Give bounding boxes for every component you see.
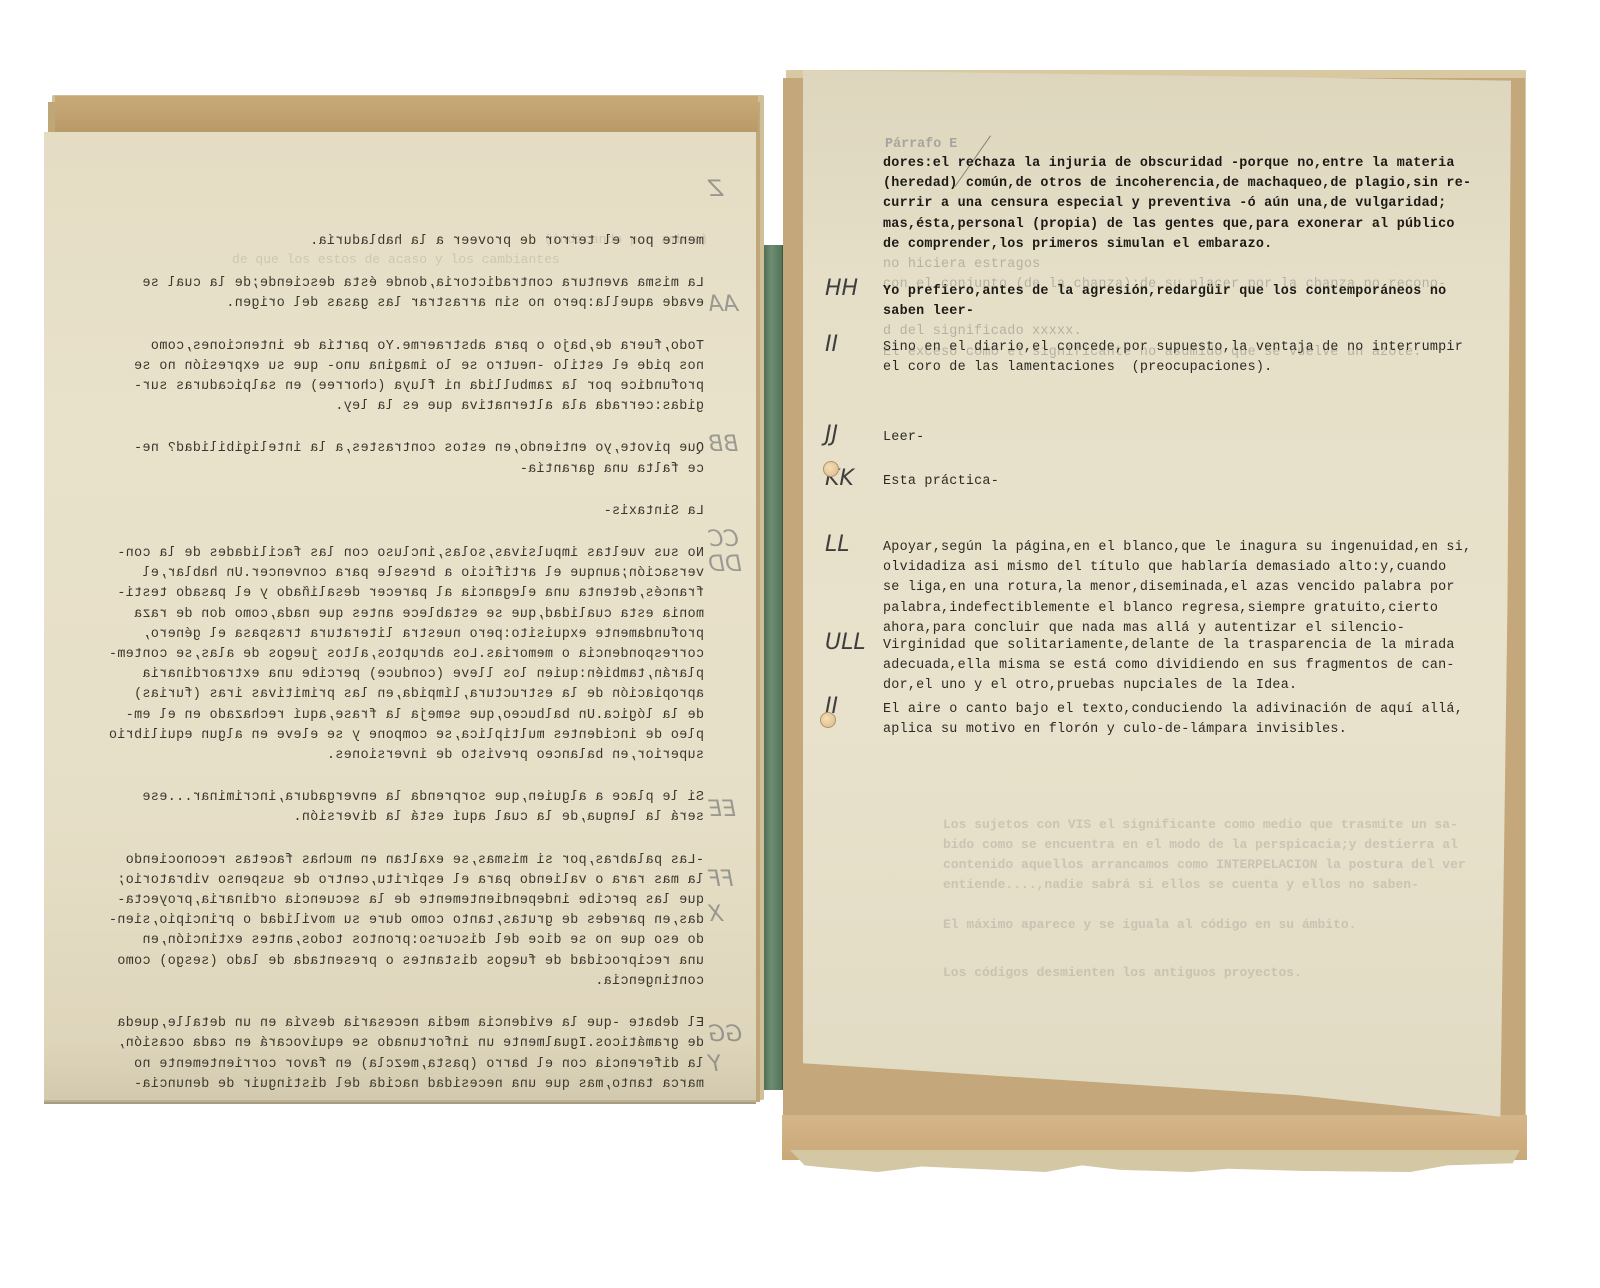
margin-mark: JJ — [825, 422, 838, 447]
text-line: do eso que no se dice del discurso:pront… — [144, 931, 704, 951]
text-line: monia esta cualidad,que se establece ant… — [144, 605, 704, 625]
text-line: currir a una censura especial y preventi… — [883, 194, 1471, 214]
margin-mark: CC — [708, 527, 739, 552]
right-stack-ragged-edge — [790, 1150, 1520, 1172]
paragraph: Que pivote,yo entiendo,en estos contrast… — [144, 439, 704, 479]
text-line: contingencia. — [144, 972, 704, 992]
text-line: Esta práctica- — [883, 472, 999, 492]
text-line: saben leer- — [883, 302, 1446, 322]
paragraph: Apoyar,según la página,en el blanco,que … — [883, 538, 1471, 639]
text-line: superior,en balanceo previsto de inversi… — [144, 746, 704, 766]
paragraph: -Las palabras,por si mismas,se exaltan e… — [144, 851, 704, 992]
text-line: Leer- — [883, 428, 924, 448]
left-stack-top-edge — [55, 96, 758, 132]
text-line: se liga,en una rotura,la menor,diseminad… — [883, 578, 1471, 598]
paragraph: El debate -que la evidencia media necesa… — [144, 1014, 704, 1095]
text-line: apropiación de la estructura,límpida,en … — [144, 685, 704, 705]
margin-mark: GG — [708, 1022, 742, 1047]
text-line: será la lengua,de la cual aquí está la d… — [144, 808, 704, 828]
left-margin-marks: ZAABBCCDDEEFFXGGY — [704, 132, 764, 1100]
text-line: la mas rara o valiendo para el espíritu,… — [144, 871, 704, 891]
text-line: La misma aventura contradictoria,donde é… — [144, 274, 704, 294]
text-line: Virginidad que solitariamente,delante de… — [883, 636, 1455, 656]
text-line: adecuada,ella misma se está como dividie… — [883, 656, 1455, 676]
bleed-through-text: Los sujetos con VIS el significante como… — [943, 815, 1458, 835]
text-line: ce falta una garantía- — [144, 460, 704, 480]
section-heading: Párrafo E — [885, 137, 957, 152]
text-line: Sino en el diario,el concede,por supuest… — [883, 338, 1463, 358]
paragraph: Esta práctica- — [883, 472, 999, 492]
text-line: marca tanto,mas que una necesidad nacida… — [144, 1075, 704, 1095]
paragraph: Si le place a alguien,que sorprenda la e… — [144, 788, 704, 828]
margin-mark: ULL — [825, 630, 866, 655]
text-line: una reciprocidad de fuegos distantes o p… — [144, 952, 704, 972]
margin-mark: X — [708, 902, 723, 927]
text-line: francés,detenta una elegancia al parecer… — [144, 584, 704, 604]
text-line: No sus vueltas impulsivas,solas,incluso … — [144, 544, 704, 564]
text-line: nos pide el estilo -neutro se lo imagina… — [144, 357, 704, 377]
text-line: que las percibe independientemente de la… — [144, 891, 704, 911]
margin-mark: AA — [708, 292, 738, 317]
paragraph: La misma aventura contradictoria,donde é… — [144, 274, 704, 314]
bleed-through-text: bido como se encuentra en el modo de la … — [943, 835, 1458, 855]
margin-mark: DD — [708, 552, 742, 577]
left-page: (indicando por ambos) de que los estos d… — [44, 132, 756, 1100]
text-line: correspondencia o memorias.Los abruptos,… — [144, 645, 704, 665]
bleed-through-text: entiende....,nadie sabrá si ellos se cue… — [943, 875, 1419, 895]
punch-hole — [823, 461, 839, 477]
text-line: aplica su motivo en florón y culo-de-lám… — [883, 720, 1463, 740]
faint-line: no hiciera estragos — [883, 255, 1471, 275]
paragraph: Todo,fuera de,bajo o para abstraerme.Yo … — [144, 337, 704, 418]
bleed-through-text: contenido aquellos arrancamos como INTER… — [943, 855, 1466, 875]
text-line: (heredad) común,de otros de incoherencia… — [883, 174, 1471, 194]
text-line: de la lógica.Un balbuceo,que semeja la f… — [144, 706, 704, 726]
text-line: pleo de incidentes multiplica,se compone… — [144, 726, 704, 746]
paragraph: Sino en el diario,el concede,por supuest… — [883, 338, 1463, 378]
text-line: El debate -que la evidencia media necesa… — [144, 1014, 704, 1034]
text-line: profundamente exquisito:pero nuestra lit… — [144, 625, 704, 645]
paragraph: No sus vueltas impulsivas,solas,incluso … — [144, 544, 704, 766]
text-line: das,en paredes de grutas,tanto como dure… — [144, 911, 704, 931]
text-line: versación;aunque el artificio a bresele … — [144, 564, 704, 584]
margin-mark: Z — [708, 177, 723, 202]
bleed-through-text: El máximo aparece y se iguala al código … — [943, 915, 1356, 935]
text-line: Apoyar,según la página,en el blanco,que … — [883, 538, 1471, 558]
text-line: evade aquella:pero no sin arrastrar las … — [144, 294, 704, 314]
text-line: de comprender,los primeros simulan el em… — [883, 235, 1471, 255]
right-page: Los sujetos con VIS el significante como… — [803, 70, 1511, 1138]
text-line: gidas:cerrada ala alternativa que es la … — [144, 397, 704, 417]
text-line: Si le place a alguien,que sorprenda la e… — [144, 788, 704, 808]
margin-mark: BB — [708, 432, 738, 457]
margin-mark: II — [825, 332, 838, 357]
bleed-through-text: Los códigos desmienten los antiguos proy… — [943, 963, 1302, 983]
text-line: dores:el rechaza la injuria de obscurida… — [883, 154, 1471, 174]
left-page-mirrored-text: mente por el terror de proveer a la habl… — [144, 232, 704, 1117]
margin-mark: Y — [708, 1052, 721, 1077]
text-line: -Las palabras,por si mismas,se exaltan e… — [144, 851, 704, 871]
text-line: profundice por la zambullida ni fluya (c… — [144, 377, 704, 397]
text-line: Todo,fuera de,bajo o para abstraerme.Yo … — [144, 337, 704, 357]
text-line: de gramáticos.Igualmente un infortunado … — [144, 1034, 704, 1054]
text-line: la diferencia con el barro (pasta,mezcla… — [144, 1055, 704, 1075]
text-line: mas,ésta,personal (propia) de las gentes… — [883, 215, 1471, 235]
margin-mark: HH — [825, 276, 858, 301]
text-line: mente por el terror de proveer a la habl… — [144, 232, 704, 252]
margin-mark: EE — [708, 797, 736, 822]
margin-mark: FF — [708, 867, 733, 892]
text-line: palabra,indefectiblemente el blanco regr… — [883, 599, 1471, 619]
text-line: La Sintaxis- — [144, 502, 704, 522]
paragraph: Leer- — [883, 428, 924, 448]
paragraph: La Sintaxis- — [144, 502, 704, 522]
text-line: el coro de las lamentaciones (preocupaci… — [883, 358, 1463, 378]
margin-mark: LL — [825, 532, 850, 557]
text-line: Que pivote,yo entiendo,en estos contrast… — [144, 439, 704, 459]
text-line: olvidadiza asi mismo del título que habl… — [883, 558, 1471, 578]
paragraph: mente por el terror de proveer a la habl… — [144, 232, 704, 252]
paragraph: dores:el rechaza la injuria de obscurida… — [883, 154, 1471, 295]
paragraph: Virginidad que solitariamente,delante de… — [883, 636, 1455, 697]
paragraph: El aire o canto bajo el texto,conduciend… — [883, 700, 1463, 740]
text-line: Yo prefiero,antes de la agresión,redargü… — [883, 282, 1446, 302]
text-line: plarán,también:quien los lleve (conduce)… — [144, 665, 704, 685]
text-line: dor,el uno y el otro,pruebas nupciales d… — [883, 676, 1455, 696]
punch-hole — [820, 712, 836, 728]
text-line: El aire o canto bajo el texto,conduciend… — [883, 700, 1463, 720]
